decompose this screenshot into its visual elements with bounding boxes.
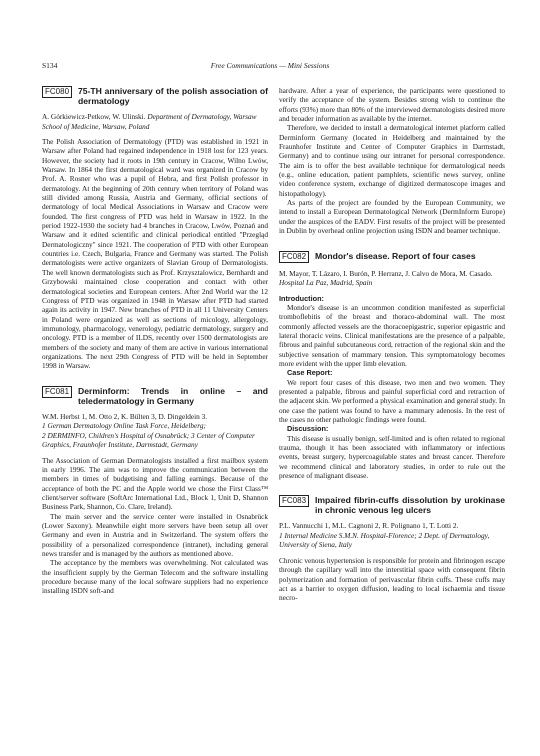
author-list: P.L. Vannucchi 1, M.L. Cagnoni 2, R. Pol…	[279, 521, 505, 531]
section-heading: Case Report:	[279, 368, 505, 377]
abstract-paragraph: The Association of German Dermatologists…	[42, 456, 268, 512]
abstract-heading-fc082: FC082 Mondor's disease. Report of four c…	[279, 251, 505, 263]
abstract-code-badge: FC082	[279, 251, 309, 263]
abstract-paragraph: The main server and the service center w…	[42, 512, 268, 559]
abstract-code-badge: FC083	[279, 495, 309, 507]
abstract-body: Chronic venous hypertension is responsib…	[279, 556, 505, 603]
left-column: FC080 75-TH anniversary of the polish as…	[42, 86, 268, 596]
affiliation: Hospital La Paz, Madrid, Spain	[279, 278, 372, 287]
abstract-paragraph: Therefore, we decided to install a derma…	[279, 123, 505, 198]
abstract-paragraph: We report four cases of this disease, tw…	[279, 378, 505, 425]
abstract-authors: W.M. Herbst 1, M. Otto 2, K. Bülten 3, D…	[42, 412, 268, 450]
abstract-paragraph: Mondor's disease is an uncommon conditio…	[279, 303, 505, 368]
page-header: S134 Free Communications — Mini Sessions	[42, 61, 498, 73]
abstract-authors: P.L. Vannucchi 1, M.L. Cagnoni 2, R. Pol…	[279, 521, 505, 550]
section-heading: Introduction:	[279, 294, 505, 303]
abstract-code-badge: FC080	[42, 86, 72, 98]
running-title: Free Communications — Mini Sessions	[42, 61, 498, 70]
abstract-paragraph: The acceptance by the members was overwh…	[42, 558, 268, 595]
abstract-paragraph: This disease is usually benign, self-lim…	[279, 434, 505, 481]
abstract-heading-fc080: FC080 75-TH anniversary of the polish as…	[42, 86, 268, 106]
abstract-body: The Polish Association of Dermatology (P…	[42, 137, 268, 371]
abstract-heading-fc083: FC083 Impaired fibrin-cuffs dissolution …	[279, 495, 505, 515]
abstract-code-badge: FC081	[42, 386, 72, 398]
abstract-authors: A. Górkiewicz-Petkow, W. Ulinski. Depart…	[42, 112, 268, 131]
author-list: A. Górkiewicz-Petkow, W. Ulinski.	[42, 112, 146, 121]
author-list: W.M. Herbst 1, M. Otto 2, K. Bülten 3, D…	[42, 412, 268, 422]
abstract-authors: M. Mayor, T. Lázaro, I. Burón, P. Herran…	[279, 269, 505, 288]
affiliation: 1 German Dermatology Online Task Force, …	[42, 421, 268, 431]
section-heading: Discussion:	[279, 424, 505, 433]
abstract-paragraph: hardware. After a year of experience, th…	[279, 86, 505, 123]
author-list: M. Mayor, T. Lázaro, I. Burón, P. Herran…	[279, 269, 493, 278]
abstract-title: Impaired fibrin-cuffs dissolution by uro…	[315, 495, 505, 515]
right-column: hardware. After a year of experience, th…	[279, 86, 505, 603]
abstract-title: Derminform: Trends in online – and teled…	[78, 386, 268, 406]
abstract-heading-fc081: FC081 Derminform: Trends in online – and…	[42, 386, 268, 406]
affiliation: 1 Internal Medicine S.M.N. Hospital-Flor…	[279, 531, 505, 550]
affiliation: 2 DERMINFO, Children's Hospital of Osnab…	[42, 431, 268, 450]
abstract-title: 75-TH anniversary of the polish associat…	[78, 86, 268, 106]
abstract-paragraph: As parts of the project are founded by t…	[279, 198, 505, 235]
abstract-title: Mondor's disease. Report of four cases	[315, 251, 476, 261]
